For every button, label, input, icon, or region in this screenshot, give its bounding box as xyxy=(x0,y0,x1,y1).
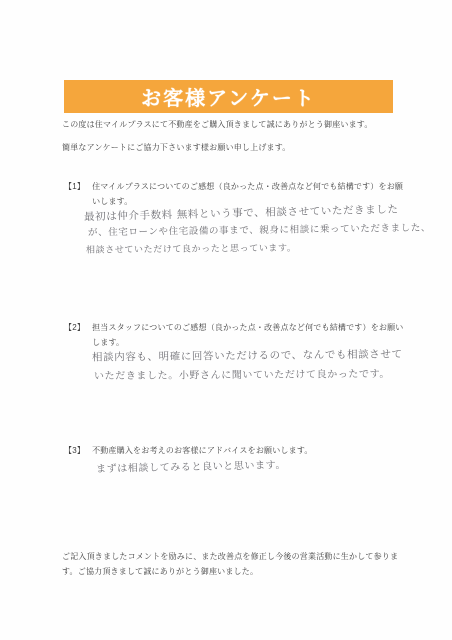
answer-1-line-3: 相談させていただけて良かったと思っています。 xyxy=(86,238,431,260)
question-2-line-1: 担当スタッフについてのご感想（良かった点・改善点など何でも結構です）をお願い xyxy=(92,320,403,335)
question-2-number: 【2】 xyxy=(64,320,85,335)
closing-line-1: ご記入頂きましたコメントを励みに、また改善点を修正し今後の営業活動に生かして参り… xyxy=(62,549,397,564)
question-3: 【3】 不動産購入をお考えのお客様にアドバイスをお願いします。 xyxy=(64,443,396,458)
question-1-line-1: 住マイルプラスについてのご感想（良かった点・改善点など何でも結構です）をお願 xyxy=(92,179,403,194)
survey-document: お客様アンケート この度は住マイルプラスにて不動産をご購入頂きまして誠にありがと… xyxy=(0,0,452,640)
closing-paragraph: ご記入頂きましたコメントを励みに、また改善点を修正し今後の営業活動に生かして参り… xyxy=(62,549,397,579)
question-3-line-1: 不動産購入をお考えのお客様にアドバイスをお願いします。 xyxy=(92,443,396,458)
title-banner: お客様アンケート xyxy=(64,80,393,113)
intro-thanks-text: この度は住マイルプラスにて不動産をご購入頂きまして誠にありがとう御座います。 xyxy=(62,117,373,132)
question-3-number: 【3】 xyxy=(64,443,85,458)
handwritten-answer-2: 相談内容も、明確に回答いただけるので、なんでも相談させて いただきました。小野さ… xyxy=(92,347,403,385)
closing-line-2: す。ご協力頂きまして誠にありがとう御座いました。 xyxy=(62,564,397,579)
handwritten-answer-3: まずは相談してみると良いと思います。 xyxy=(96,458,286,473)
question-3-text: 不動産購入をお考えのお客様にアドバイスをお願いします。 xyxy=(92,443,396,458)
answer-2-line-2: いただきました。小野さんに聞いていただけて良かったです。 xyxy=(94,365,403,386)
handwritten-answer-1: 最初は仲介手数料 無料という事で、相談させていただきました が、住宅ローンや住宅… xyxy=(84,204,431,258)
intro-request-text: 簡単なアンケートにご協力下さいます様お願い申し上げます。 xyxy=(62,140,290,155)
page-title: お客様アンケート xyxy=(141,82,316,111)
question-1-number: 【1】 xyxy=(64,179,85,194)
answer-3-line-1: まずは相談してみると良いと思います。 xyxy=(96,456,286,475)
